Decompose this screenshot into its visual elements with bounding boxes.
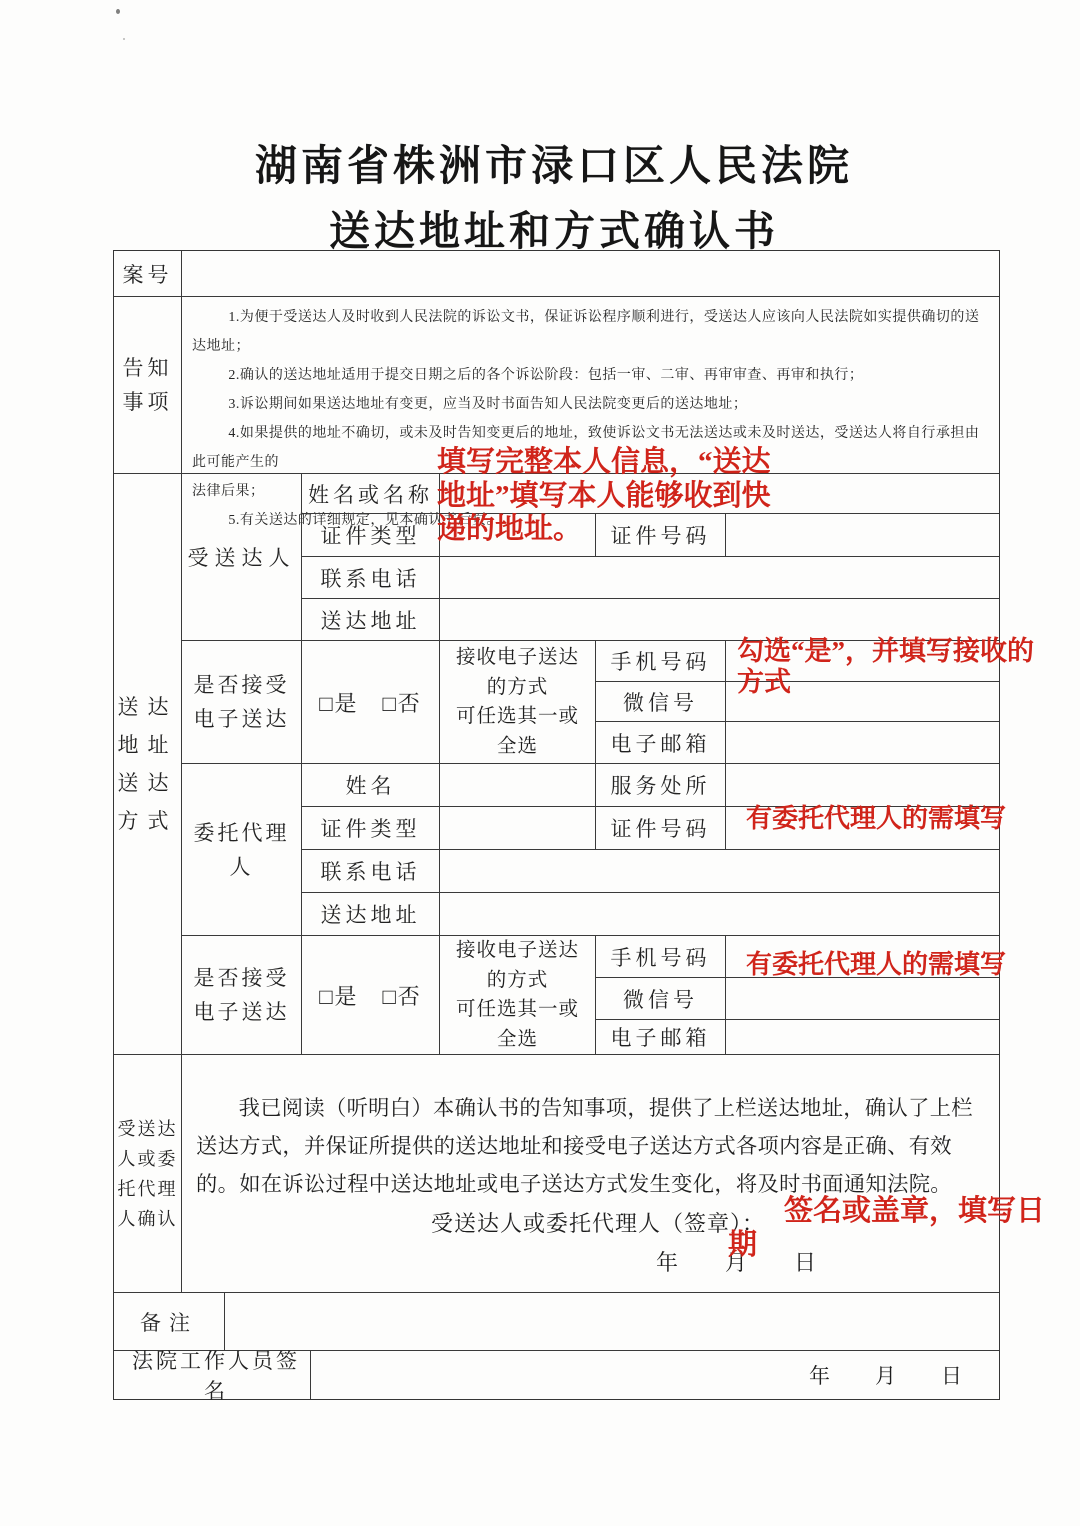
- agent-office-label: 服务处所: [596, 764, 726, 807]
- scan-speck: [116, 9, 120, 14]
- annotation-sign-date: 签名或盖章，填写日 期: [728, 1194, 1080, 1262]
- e-service-yes-no-options: □是 □否: [302, 641, 440, 764]
- confirmation-label: 受送达 人或委 托代理 人确认: [114, 1055, 182, 1293]
- mobile-label-2: 手机号码: [596, 936, 726, 978]
- scan-speck: [123, 38, 125, 40]
- agent-phone-field: [440, 850, 999, 893]
- agent-idno-label: 证件号码: [596, 807, 726, 850]
- agent-address-field: [440, 893, 999, 936]
- staff-date-line: 年 月 日: [809, 1360, 963, 1390]
- form-title: 送达地址和方式确认书: [14, 198, 1080, 257]
- email-label: 电子邮箱: [596, 722, 726, 764]
- recipient-label: 受送达人: [182, 474, 302, 641]
- wechat-label-2: 微信号: [596, 978, 726, 1020]
- agent-address-label: 送达地址: [302, 893, 440, 936]
- confirmation-text: 我已阅读（听明白）本确认书的告知事项，提供了上栏送达地址，确认了上栏送达方式，并…: [196, 1089, 987, 1203]
- notice-label: 告知 事项: [114, 297, 182, 474]
- email-field: [726, 722, 999, 764]
- recipient-name-label: 姓名或名称: [302, 474, 440, 514]
- email-label-2: 电子邮箱: [596, 1020, 726, 1055]
- email-field-2: [726, 1020, 999, 1055]
- recipient-phone-field: [440, 557, 999, 599]
- case-number-field: [182, 251, 999, 297]
- scanned-form-page: 湖南省株洲市渌口区人民法院 送达地址和方式确认书 案号 告知 事项 1.为便于受…: [0, 0, 1080, 1526]
- annotation-fill-info: 填写完整本人信息，“送达 地址”填写本人能够收到快 递的地址。: [437, 446, 793, 547]
- annotation-tick-yes: 勾选“是”，并填写接收的 方式: [737, 636, 1077, 698]
- staff-signature-field: 年 月 日: [311, 1351, 999, 1399]
- wechat-label: 微信号: [596, 682, 726, 722]
- section-label: 送达 地址 送达 方式: [114, 474, 182, 1055]
- notice-item-2: 2.确认的送达地址适用于提交日期之后的各个诉讼阶段：包括一审、二审、再审审查、再…: [192, 361, 989, 390]
- agent-idtype-label: 证件类型: [302, 807, 440, 850]
- staff-signature-label: 法院工作人员签名: [114, 1351, 311, 1399]
- e-method-note-2: 接收电子送达 的方式 可任选其一或 全选: [440, 936, 596, 1055]
- recipient-address-field: [440, 599, 999, 641]
- annotation-agent-required-1: 有委托代理人的需填写: [746, 804, 1006, 834]
- notice-item-3: 3.诉讼期间如果送达地址有变更，应当及时书面告知人民法院变更后的送达地址；: [192, 390, 989, 419]
- agent-name-field: [440, 764, 596, 807]
- agent-office-field: [726, 764, 999, 807]
- remarks-field: [225, 1293, 999, 1351]
- recipient-address-label: 送达地址: [302, 599, 440, 641]
- wechat-field-2: [726, 978, 999, 1020]
- agent-block: 委托代理 人 姓名 服务处所 证件类型 证件号码: [182, 764, 999, 936]
- recipient-idtype-label: 证件类型: [302, 514, 440, 557]
- case-number-row: 案号: [114, 251, 999, 297]
- recipient-phone-label: 联系电话: [302, 557, 440, 599]
- e-method-note: 接收电子送达 的方式 可任选其一或 全选: [440, 641, 596, 764]
- e-accept-label: 是否接受 电子送达: [182, 641, 302, 764]
- case-number-label: 案号: [114, 251, 182, 297]
- e-accept-label-2: 是否接受 电子送达: [182, 936, 302, 1055]
- e-service-yes-no-options-2: □是 □否: [302, 936, 440, 1055]
- remarks-label: 备注: [114, 1293, 225, 1351]
- agent-label: 委托代理 人: [182, 764, 302, 936]
- agent-idtype-field: [440, 807, 596, 850]
- agent-phone-label: 联系电话: [302, 850, 440, 893]
- notice-item-1: 1.为便于受送达人及时收到人民法院的诉讼文书，保证诉讼程序顺利进行，受送达人应该…: [192, 303, 989, 361]
- annotation-agent-required-2: 有委托代理人的需填写: [746, 950, 1006, 980]
- staff-signature-row: 法院工作人员签名 年 月 日: [114, 1351, 999, 1399]
- remarks-row: 备注: [114, 1293, 999, 1351]
- court-title: 湖南省株洲市渌口区人民法院: [14, 133, 1080, 193]
- agent-name-label: 姓名: [302, 764, 440, 807]
- mobile-label: 手机号码: [596, 641, 726, 682]
